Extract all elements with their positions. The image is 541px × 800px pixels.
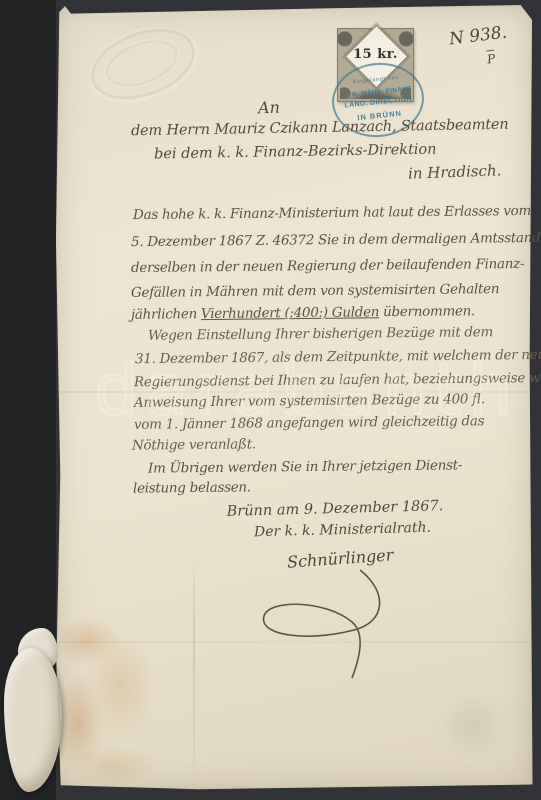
signature-flourish: [248, 566, 388, 686]
salutation: An: [258, 98, 281, 118]
stamp-denomination: 15 kr.: [338, 47, 413, 62]
amount-post: übernommen.: [379, 303, 475, 320]
body-line: Nöthige veranlaßt.: [132, 436, 256, 453]
fold-crease: [58, 391, 530, 393]
wax-seal-remnant: [4, 648, 62, 792]
amount-pre: jährlichen: [131, 306, 201, 323]
address-line: in Hradisch.: [408, 161, 502, 182]
fold-crease: [58, 641, 530, 643]
photo-background: N 938. P 15 kr. Eingelangt den K. K. MÄH…: [0, 0, 541, 800]
fold-crease: [193, 552, 195, 788]
body-line: Im Übrigen werden Sie in Ihrer jetzigen …: [148, 457, 462, 476]
body-line: leistung belassen.: [133, 479, 251, 496]
underlined-amount: Vierhundert (:400:) Gulden: [201, 304, 379, 322]
